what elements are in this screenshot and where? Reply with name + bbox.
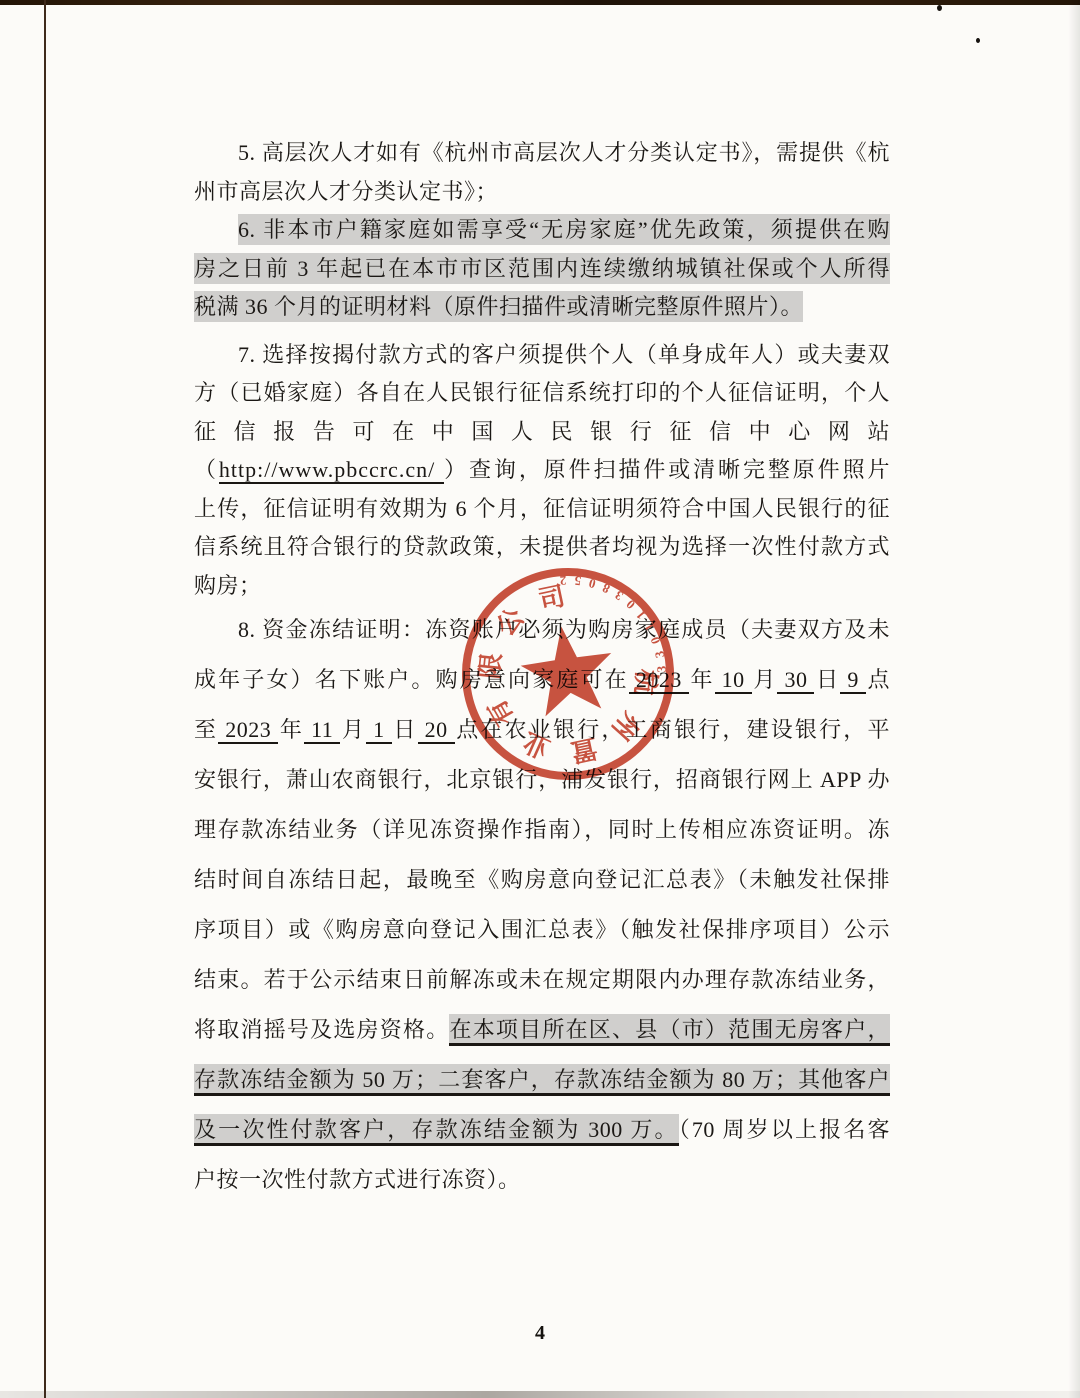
doc-line: 结时间自冻结日起，最晚至《购房意向登记汇总表》（未触发社保排	[194, 855, 890, 905]
doc-line: 将取消摇号及选房资格。在本项目所在区、县（市）范围无房客户，	[194, 1005, 890, 1055]
document-item-8: 8. 资金冻结证明：冻资账户必须为购房家庭成员（夫妻双方及未成年子女）名下账户。…	[194, 605, 890, 1205]
document-body: 5. 高层次人才如有《杭州市高层次人才分类认定书》，需提供《杭州市高层次人才分类…	[194, 134, 890, 1205]
scan-edge-artifact-left	[44, 0, 46, 1398]
doc-line: 信系统且符合银行的贷款政策，未提供者均视为选择一次性付款方式	[194, 528, 890, 567]
doc-line: 购房；	[194, 567, 890, 606]
ink-speck	[937, 5, 942, 11]
text-segment: 理存款冻结业务（详见冻资操作指南），同时上传相应冻资证明。冻	[194, 817, 890, 842]
url-text: http://www.pbccrc.cn/	[219, 457, 444, 484]
highlighted-text: 税满 36 个月的证明材料（原件扫描件或清晰完整原件照片）。	[194, 291, 803, 322]
doc-line: 征信报告可在中国人民银行征信中心网站	[194, 413, 890, 452]
text-segment: 点	[866, 667, 890, 692]
highlighted-text: 6. 非本市户籍家庭如需享受“无房家庭”优先政策，须提供在购	[238, 214, 890, 245]
doc-line: 上传，征信证明有效期为 6 个月，征信证明须符合中国人民银行的征	[194, 490, 890, 529]
doc-line: 理存款冻结业务（详见冻资操作指南），同时上传相应冻资证明。冻	[194, 805, 890, 855]
document-items-5-to-7: 5. 高层次人才如有《杭州市高层次人才分类认定书》，需提供《杭州市高层次人才分类…	[194, 134, 890, 605]
text-segment: 方（已婚家庭）各自在人民银行征信系统打印的个人征信证明，个人	[194, 380, 890, 405]
text-segment: 上传，征信证明有效期为 6 个月，征信证明须符合中国人民银行的征	[194, 496, 890, 521]
scan-edge-artifact-top	[0, 0, 1080, 5]
doc-line: 序项目）或《购房意向登记入围汇总表》（触发社保排序项目）公示	[194, 905, 890, 955]
highlighted-text: 及一次性付款客户，存款冻结金额为 300 万。	[194, 1114, 679, 1146]
page-number: 4	[0, 1322, 1080, 1345]
text-segment: ）查询，原件扫描件或清晰完整原件照片	[444, 457, 890, 482]
text-segment: 月	[752, 667, 778, 692]
text-segment: 信系统且符合银行的贷款政策，未提供者均视为选择一次性付款方式	[194, 534, 890, 559]
doc-line: 存款冻结金额为 50 万；二套客户，存款冻结金额为 80 万；其他客户	[194, 1055, 890, 1105]
text-segment: 安银行，萧山农商银行，北京银行，浦发银行，招商银行网上 APP 办	[194, 767, 890, 792]
text-segment: 州市高层次人才分类认定书》；	[194, 179, 498, 204]
scan-edge-shade-right	[1068, 0, 1080, 1398]
text-segment: 日	[392, 717, 418, 742]
doc-line: （http://www.pbccrc.cn/ ）查询，原件扫描件或清晰完整原件照…	[194, 451, 890, 490]
doc-line: 户按一次性付款方式进行冻资）。	[194, 1155, 890, 1205]
text-segment: 结时间自冻结日起，最晚至《购房意向登记汇总表》（未触发社保排	[194, 867, 890, 892]
text-segment: （	[194, 457, 219, 482]
filled-blank: 2023	[218, 717, 278, 744]
text-segment: 7. 选择按揭付款方式的客户须提供个人（单身成年人）或夫妻双	[238, 342, 890, 367]
text-segment: 至	[194, 717, 218, 742]
ink-speck	[976, 38, 980, 43]
highlighted-text: 房之日前 3 年起已在本市市区范围内连续缴纳城镇社保或个人所得	[194, 253, 890, 284]
doc-line: 州市高层次人才分类认定书》；	[194, 173, 890, 212]
doc-line: 及一次性付款客户，存款冻结金额为 300 万。（70 周岁以上报名客	[194, 1105, 890, 1155]
filled-blank: 11	[304, 717, 340, 744]
highlighted-text: 存款冻结金额为 50 万；二套客户，存款冻结金额为 80 万；其他客户	[194, 1064, 890, 1096]
doc-line: 8. 资金冻结证明：冻资账户必须为购房家庭成员（夫妻双方及未	[194, 605, 890, 655]
text-segment: 序项目）或《购房意向登记入围汇总表》（触发社保排序项目）公示	[194, 917, 890, 942]
doc-line: 5. 高层次人才如有《杭州市高层次人才分类认定书》，需提供《杭	[194, 134, 890, 173]
text-segment: 征信报告可在中国人民银行征信中心网站	[194, 419, 890, 444]
text-segment: 成年子女）名下账户。购房意向家庭可在	[194, 667, 629, 692]
text-segment: 点在农业银行，工商银行，建设银行，平	[455, 717, 890, 742]
filled-blank: 9	[840, 667, 866, 694]
doc-line: 方（已婚家庭）各自在人民银行征信系统打印的个人征信证明，个人	[194, 374, 890, 413]
scanned-document-page: 5. 高层次人才如有《杭州市高层次人才分类认定书》，需提供《杭州市高层次人才分类…	[0, 0, 1080, 1398]
scan-edge-artifact-bottom	[0, 1391, 1080, 1398]
filled-blank: 1	[366, 717, 392, 744]
filled-blank: 20	[418, 717, 455, 744]
text-segment: 月	[340, 717, 366, 742]
doc-line: 至2023年11月1日20点在农业银行，工商银行，建设银行，平	[194, 705, 890, 755]
text-segment: 将取消摇号及选房资格。	[194, 1017, 449, 1042]
doc-line: 税满 36 个月的证明材料（原件扫描件或清晰完整原件照片）。	[194, 288, 890, 327]
doc-line: 7. 选择按揭付款方式的客户须提供个人（单身成年人）或夫妻双	[194, 336, 890, 375]
doc-line: 安银行，萧山农商银行，北京银行，浦发银行，招商银行网上 APP 办	[194, 755, 890, 805]
text-segment: 日	[814, 667, 840, 692]
doc-line: 结束。若于公示结束日前解冻或未在规定期限内办理存款冻结业务，	[194, 955, 890, 1005]
doc-line: 成年子女）名下账户。购房意向家庭可在2023年10月30日9点	[194, 655, 890, 705]
text-segment: 户按一次性付款方式进行冻资）。	[194, 1167, 521, 1192]
text-segment: 年	[689, 667, 715, 692]
text-segment: 5. 高层次人才如有《杭州市高层次人才分类认定书》，需提供《杭	[238, 140, 890, 165]
filled-blank: 30	[777, 667, 814, 694]
text-segment: 年	[278, 717, 304, 742]
text-segment: 购房；	[194, 573, 262, 598]
text-segment: （70 周岁以上报名客	[679, 1117, 890, 1142]
filled-blank: 2023	[629, 667, 689, 694]
filled-blank: 10	[715, 667, 752, 694]
doc-line: 房之日前 3 年起已在本市市区范围内连续缴纳城镇社保或个人所得	[194, 250, 890, 289]
highlighted-text: 在本项目所在区、县（市）范围无房客户，	[449, 1014, 890, 1046]
doc-line: 6. 非本市户籍家庭如需享受“无房家庭”优先政策，须提供在购	[194, 211, 890, 250]
text-segment: 结束。若于公示结束日前解冻或未在规定期限内办理存款冻结业务，	[194, 967, 890, 992]
text-segment: 8. 资金冻结证明：冻资账户必须为购房家庭成员（夫妻双方及未	[238, 617, 890, 642]
